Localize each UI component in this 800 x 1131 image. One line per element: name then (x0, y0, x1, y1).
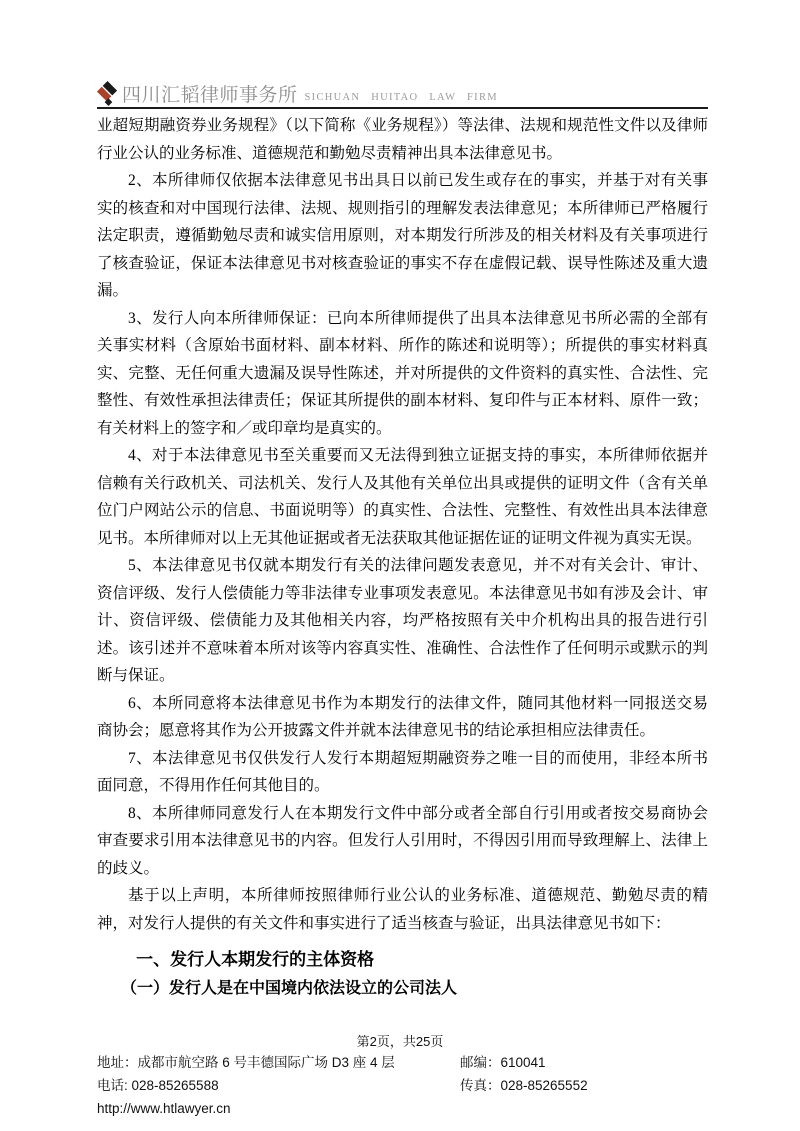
footer-row-address: 地址：成都市航空路 6 号丰德国际广场 D3 座 4 层 邮编：610041 (97, 1051, 722, 1074)
page-indicator: 第2页，共25页 (0, 1031, 800, 1050)
subsection-heading: （一）发行人是在中国境内依法设立的公司法人 (97, 974, 708, 1004)
document-body: 业超短期融资券业务规程》（以下简称《业务规程》）等法律、法规和规范性文件以及律师… (97, 112, 708, 1004)
paragraph-8: 8、本所律师同意发行人在本期发行文件中部分或者全部自行引用或者按交易商协会审查要… (97, 800, 708, 883)
paragraph-5: 5、本法律意见书仅就本期发行有关的法律问题发表意见，并不对有关会计、审计、资信评… (97, 552, 708, 690)
paragraph-statement: 基于以上声明，本所律师按照律师行业公认的业务标准、道德规范、勤勉尽责的精神，对发… (97, 882, 708, 937)
paragraph-4: 4、对于本法律意见书至关重要而又无法得到独立证据支持的事实，本所律师依据并信赖有… (97, 442, 708, 552)
paragraph-2: 2、本所律师仅依据本法律意见书出具日以前已发生或存在的事实，并基于对有关事实的核… (97, 167, 708, 305)
firm-name-english: SICHUAN HUITAO LAW FIRM (305, 92, 498, 106)
fax-text: 传真：028-85265552 (460, 1074, 588, 1097)
footer-contact: 地址：成都市航空路 6 号丰德国际广场 D3 座 4 层 邮编：610041 电… (97, 1051, 722, 1120)
letterhead: 四川汇韬律师事务所 SICHUAN HUITAO LAW FIRM (96, 81, 708, 106)
footer-row-website: http://www.htlawyer.cn (97, 1097, 722, 1120)
document-page: 四川汇韬律师事务所 SICHUAN HUITAO LAW FIRM 业超短期融资… (0, 0, 800, 1131)
footer-row-phone: 电话: 028-85265588 传真：028-85265552 (97, 1074, 722, 1097)
address-text: 地址：成都市航空路 6 号丰德国际广场 D3 座 4 层 (97, 1055, 395, 1070)
section-heading: 一、发行人本期发行的主体资格 (97, 945, 708, 974)
paragraph-3: 3、发行人向本所律师保证：已向本所律师提供了出具本法律意见书所必需的全部有关事实… (97, 305, 708, 443)
paragraph-6: 6、本所同意将本法律意见书作为本期发行的法律文件，随同其他材料一同报送交易商协会… (97, 690, 708, 745)
phone-text: 电话: 028-85265588 (97, 1078, 219, 1093)
firm-logo-icon (96, 81, 119, 106)
letterhead-divider (97, 107, 708, 109)
postcode-text: 邮编：610041 (460, 1051, 546, 1074)
website-text: http://www.htlawyer.cn (97, 1101, 231, 1116)
paragraph-7: 7、本法律意见书仅供发行人发行本期超短期融资券之唯一目的而使用，非经本所书面同意… (97, 745, 708, 800)
firm-name-chinese: 四川汇韬律师事务所 (122, 86, 298, 106)
paragraph-continuation: 业超短期融资券业务规程》（以下简称《业务规程》）等法律、法规和规范性文件以及律师… (97, 112, 708, 167)
